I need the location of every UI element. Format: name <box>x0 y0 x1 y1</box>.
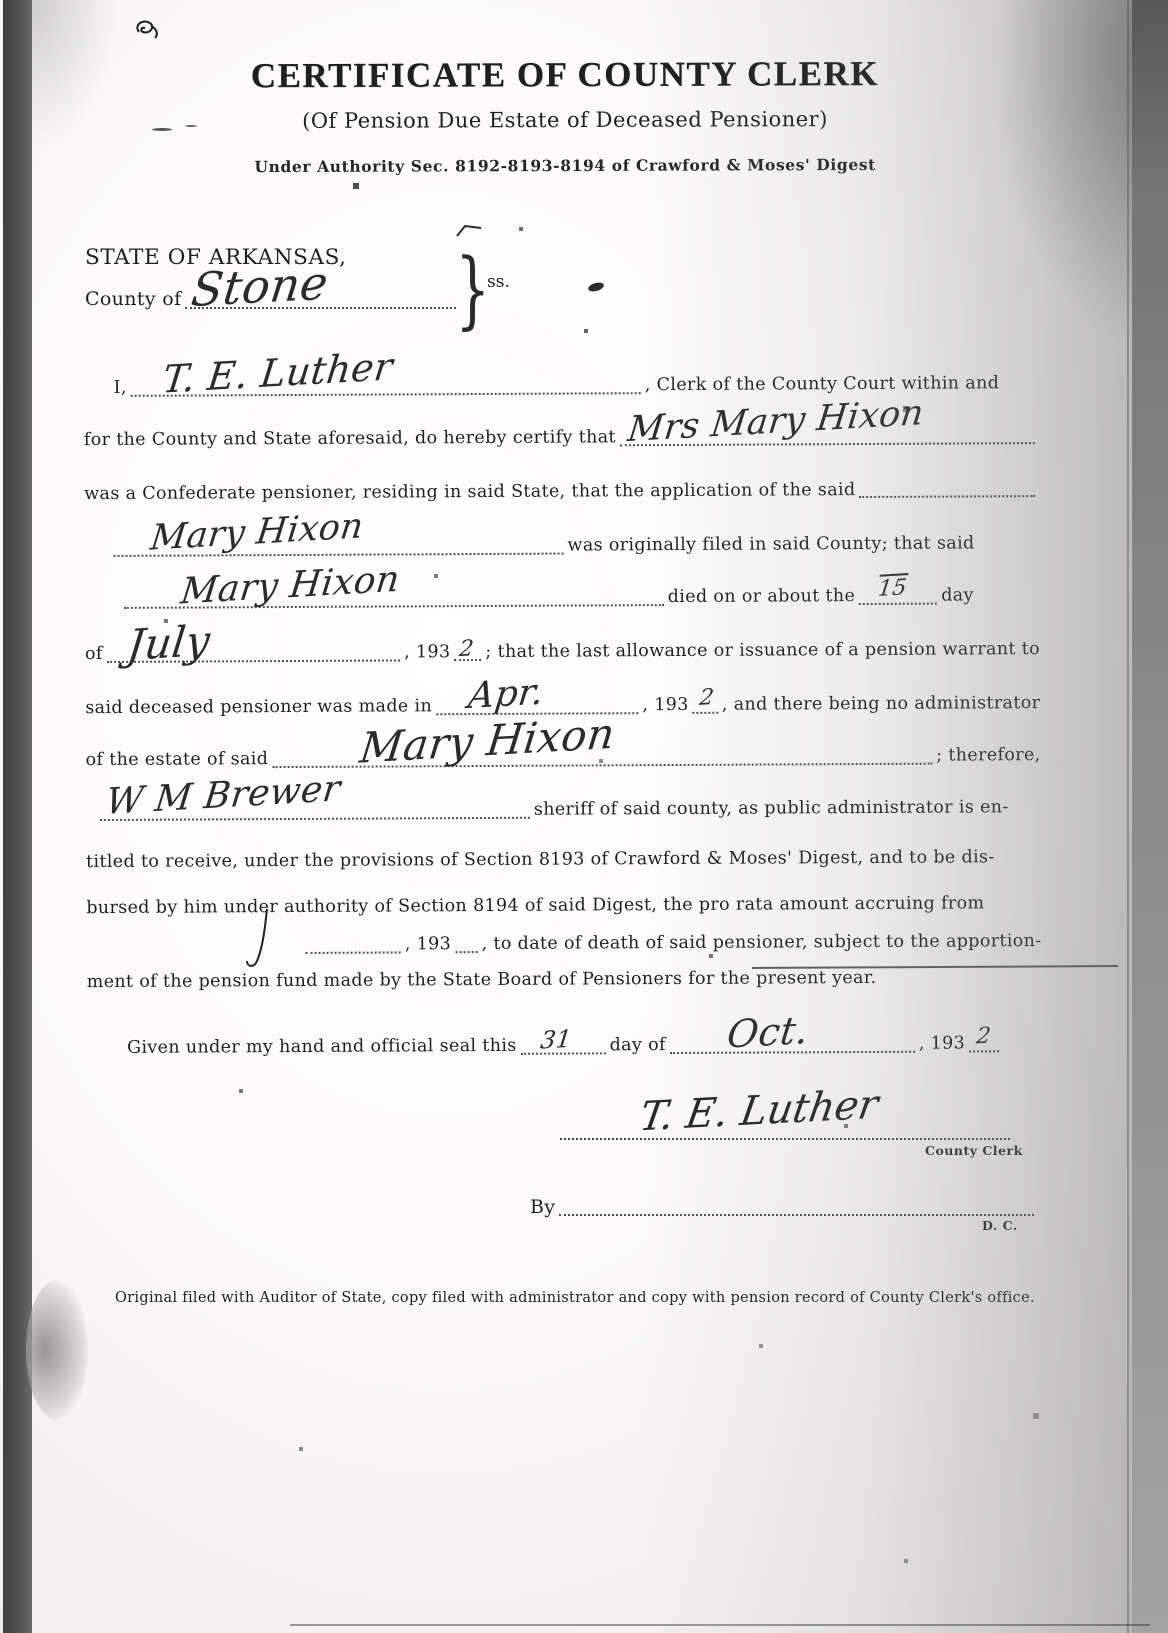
death-month-handwritten: July <box>125 620 212 667</box>
deputy-by-line: By <box>530 1196 1038 1220</box>
given-mid-text: day of <box>610 1035 666 1057</box>
scanner-edge-band-right <box>1132 0 1168 1633</box>
line1-suffix: , Clerk of the County Court within and <box>645 373 1000 397</box>
deceased-name-blank: Mary Hixon <box>124 602 664 609</box>
filing-instructions-note: Original filed with Auditor of State, co… <box>115 1290 1045 1306</box>
accrual-month-blank <box>306 949 401 953</box>
line11-text: bursed by him under authority of Section… <box>86 893 984 920</box>
seal-year-blank: 2 <box>969 1048 999 1052</box>
line10-text: titled to receive, under the provisions … <box>86 847 995 874</box>
deceased-name-handwritten: Mary Hixon <box>179 562 402 611</box>
warrant-year-handwritten: 2 <box>699 687 716 710</box>
body-line-4: Mary Hixon was originally filed in said … <box>109 533 1039 560</box>
line6-year-prefix: , 193 <box>404 642 450 664</box>
administrator-name-blank: W M Brewer <box>100 815 530 821</box>
clerk-name-blank: T. E. Luther <box>131 390 641 397</box>
death-day-blank: 15 <box>859 600 937 604</box>
line7-suffix: , and there being no administrator <box>722 693 1041 717</box>
line6-suffix: ; that the last allowance or issuance of… <box>485 639 1040 664</box>
body-line-11: bursed by him under authority of Section… <box>86 893 1041 920</box>
body-line-9: W M Brewer sheriff of said county, as pu… <box>96 797 1041 824</box>
seal-month-blank: Oct. <box>670 1049 915 1054</box>
given-prefix: Given under my hand and official seal th… <box>127 1036 517 1060</box>
line5-end-text: day <box>941 585 974 607</box>
estate-name-blank: Mary Hixon <box>272 761 932 768</box>
estate-name-handwritten: Mary Hixon <box>357 713 616 770</box>
death-day-handwritten: 15 <box>877 577 908 601</box>
seal-year-handwritten: 2 <box>975 1025 992 1048</box>
certified-name-blank: Mrs Mary Hixon <box>620 440 1035 446</box>
death-month-blank: July <box>107 657 400 663</box>
line8-prefix: of the estate of said <box>86 749 269 772</box>
body-line-2: for the County and State aforesaid, do h… <box>84 425 1039 452</box>
administrator-name-handwritten: W M Brewer <box>104 771 342 821</box>
body-line-13: ment of the pension fund made by the Sta… <box>87 967 1042 994</box>
accrual-year-blank <box>455 949 478 953</box>
body-line-5: Mary Hixon died on or about the 15 day <box>120 585 1045 612</box>
body-line-3: was a Confederate pensioner, residing in… <box>84 479 1039 506</box>
certificate-body: I, T. E. Luther , Clerk of the County Co… <box>0 0 1168 1633</box>
attestation-line: Given under my hand and official seal th… <box>127 1033 1042 1060</box>
line7-year-prefix: , 193 <box>642 695 688 717</box>
line3-text: was a Confederate pensioner, residing in… <box>84 480 855 506</box>
line12-suffix: , to date of death of said pensioner, su… <box>482 931 1042 956</box>
scan-bottom-edge-line <box>290 1624 1150 1626</box>
by-label: By <box>530 1196 555 1220</box>
warrant-year-blank: 2 <box>693 710 718 714</box>
death-year-blank: 2 <box>454 657 481 661</box>
signer-title-label: County Clerk <box>925 1143 1023 1158</box>
warrant-month-handwritten: Apr. <box>466 674 545 715</box>
line12-year-prefix: , 193 <box>405 934 451 956</box>
seal-month-handwritten: Oct. <box>725 1011 811 1054</box>
clerk-name-handwritten: T. E. Luther <box>161 347 395 399</box>
line3-ruled-blank <box>860 494 1036 498</box>
seal-day-blank: 31 <box>521 1050 606 1054</box>
applicant-name-handwritten: Mary Hixon <box>149 509 366 557</box>
page-fold-line <box>1127 0 1129 1633</box>
body-line-12: , 193 , to date of death of said pension… <box>301 931 1041 957</box>
body-line-8: of the estate of said Mary Hixon ; there… <box>86 745 1041 772</box>
seal-day-handwritten: 31 <box>539 1027 573 1053</box>
body-line-10: titled to receive, under the provisions … <box>86 847 1041 874</box>
body-line-6: of July , 193 2 ; that the last allowanc… <box>85 639 1040 666</box>
seal-year-prefix: , 193 <box>919 1033 965 1055</box>
line4-suffix: was originally filed in said County; tha… <box>567 533 974 557</box>
signature-line <box>560 1138 1010 1140</box>
certified-name-handwritten: Mrs Mary Hixon <box>626 396 926 448</box>
death-year-handwritten: 2 <box>459 638 476 661</box>
scanned-certificate-page: CERTIFICATE OF COUNTY CLERK (Of Pension … <box>0 0 1168 1633</box>
line2-prefix: for the County and State aforesaid, do h… <box>84 427 616 452</box>
deputy-title-label: D. C. <box>982 1218 1018 1233</box>
line1-prefix: I, <box>114 378 127 400</box>
line6-prefix: of <box>85 644 103 666</box>
line7-prefix: said deceased pensioner was made in <box>85 696 432 720</box>
line13-text: ment of the pension fund made by the Sta… <box>87 968 877 994</box>
line5-text: died on or about the <box>668 586 856 609</box>
line9-suffix: sheriff of said county, as public admini… <box>534 797 1009 821</box>
line8-suffix: ; therefore, <box>936 745 1040 767</box>
applicant-name-blank: Mary Hixon <box>113 550 563 556</box>
deputy-signature-blank <box>559 1213 1034 1216</box>
